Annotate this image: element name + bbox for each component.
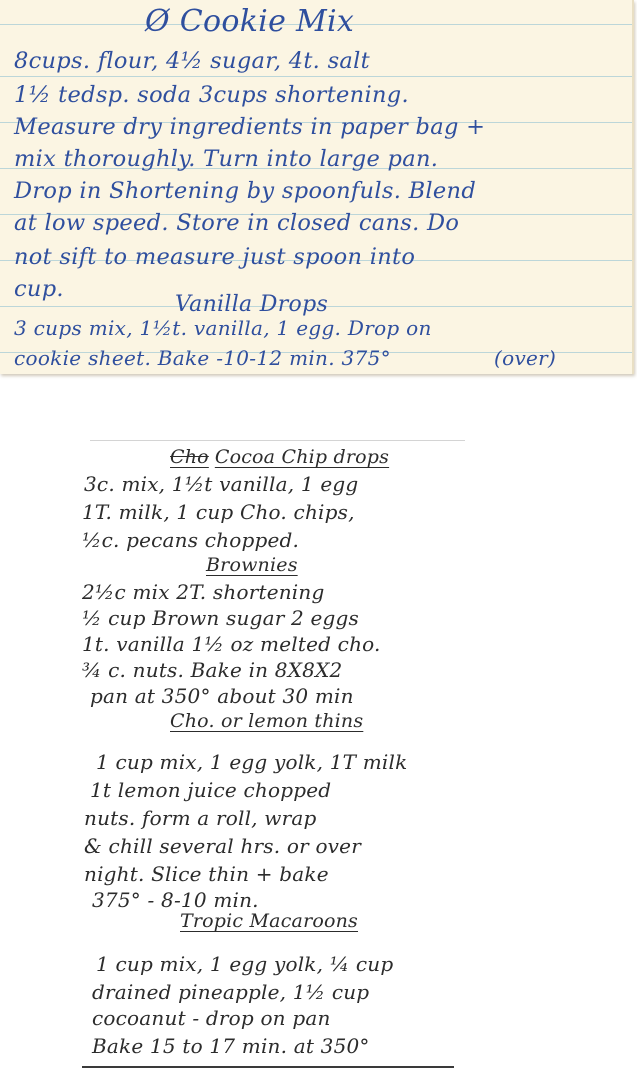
recipe-line: Bake 15 to 17 min. at 350°	[92, 1034, 370, 1058]
recipe-title-lemon-thins: Cho. or lemon thins	[170, 710, 363, 732]
recipe-sheet: ChoCocoa Chip drops 3c. mix, 1½t vanilla…	[82, 440, 472, 1070]
card-line-1: 8cups. flour, 4½ sugar, 4t. salt	[14, 48, 370, 74]
card-line-3: Measure dry ingredients in paper bag +	[14, 114, 485, 140]
recipe-line: 3c. mix, 1½t vanilla, 1 egg	[84, 472, 358, 496]
recipe-title-tropic-macaroons: Tropic Macaroons	[180, 910, 358, 932]
recipe-title-cocoa-chip-drops: ChoCocoa Chip drops	[170, 446, 389, 468]
recipe-line: 1T. milk, 1 cup Cho. chips,	[82, 500, 355, 524]
card-line-2: 1½ tedsp. soda 3cups shortening.	[14, 82, 409, 108]
recipe-line: ½ cup Brown sugar 2 eggs	[82, 606, 359, 630]
recipe-line: pan at 350° about 30 min	[90, 684, 354, 708]
recipe-line: 1t lemon juice chopped	[90, 778, 331, 802]
sheet-top-edge	[90, 440, 465, 441]
recipe-line: 375° - 8-10 min.	[92, 888, 259, 912]
recipe-line: nuts. form a roll, wrap	[84, 806, 317, 830]
recipe-line: ½c. pecans chopped.	[82, 528, 299, 552]
vanilla-drops-title: Vanilla Drops	[175, 292, 328, 317]
sheet-bottom-rule	[82, 1066, 454, 1068]
card-title: Ø Cookie Mix	[145, 4, 354, 39]
recipe-line: 1 cup mix, 1 egg yolk, 1T milk	[96, 750, 407, 774]
card-line-5: Drop in Shortening by spoonfuls. Blend	[14, 178, 476, 204]
recipe-title-brownies: Brownies	[206, 554, 298, 576]
recipe-line: ¾ c. nuts. Bake in 8X8X2	[82, 658, 342, 682]
struck-word: Cho	[170, 446, 209, 468]
recipe-line: 1 cup mix, 1 egg yolk, ¼ cup	[96, 952, 393, 976]
card-line-8: cup.	[14, 276, 64, 302]
vanilla-drops-line-1: 3 cups mix, 1½t. vanilla, 1 egg. Drop on	[14, 316, 432, 340]
card-line-4: mix thoroughly. Turn into large pan.	[14, 146, 438, 172]
card-line-6: at low speed. Store in closed cans. Do	[14, 210, 459, 236]
recipe-line: 1t. vanilla 1½ oz melted cho.	[82, 632, 381, 656]
vanilla-drops-line-2: cookie sheet. Bake -10-12 min. 375°	[14, 346, 391, 370]
recipe-line: drained pineapple, 1½ cup	[92, 980, 369, 1004]
over-note: (over)	[494, 346, 556, 370]
recipe-line: night. Slice thin + bake	[84, 862, 329, 886]
recipe-line: 2½c mix 2T. shortening	[82, 580, 325, 604]
recipe-card-cookie-mix: Ø Cookie Mix 8cups. flour, 4½ sugar, 4t.…	[0, 0, 634, 374]
recipe-line: & chill several hrs. or over	[84, 834, 361, 858]
card-line-7: not sift to measure just spoon into	[14, 244, 415, 270]
recipe-line: cocoanut - drop on pan	[92, 1006, 331, 1030]
